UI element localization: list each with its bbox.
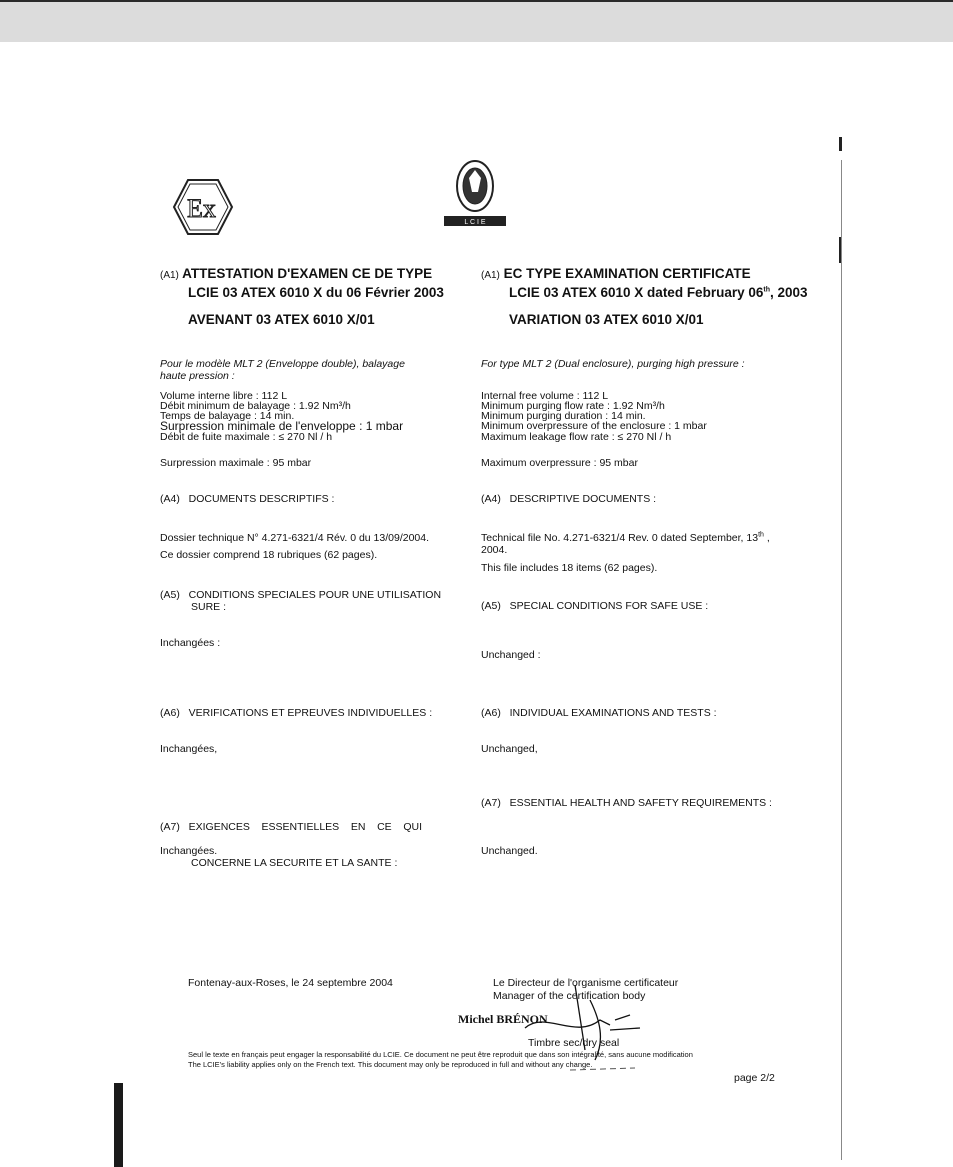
left-a5-text: Inchangées : [160,637,220,649]
right-specs-list: Internal free volume : 112 L Minimum pur… [481,391,707,443]
page-number: page 2/2 [734,1072,775,1084]
right-a5-text: Unchanged : [481,649,541,661]
section-title: EXIGENCES ESSENTIELLES EN CE QUI [189,821,422,833]
left-a6-text: Inchangées, [160,743,217,755]
section-title: SPECIAL CONDITIONS FOR SAFE USE : [510,600,709,612]
left-variation-title: AVENANT 03 ATEX 6010 X/01 [188,311,375,328]
page-edge-line [841,160,842,1160]
atex-ex-logo-icon: Ex [172,178,234,236]
section-title: VERIFICATIONS ET EPREUVES INDIVIDUELLES … [189,707,433,719]
left-a5-heading: (A5) CONDITIONS SPECIALES POUR UNE UTILI… [160,589,441,613]
left-a1-heading: (A1) ATTESTATION D'EXAMEN CE DE TYPE LCI… [160,265,444,301]
a4-text-post: , [764,532,770,544]
left-specs-list: Volume interne libre : 112 L Débit minim… [160,391,403,443]
top-toolbar-band [0,0,953,42]
left-a4-text1: Dossier technique N° 4.271-6321/4 Rév. 0… [160,532,429,544]
section-title: ESSENTIAL HEALTH AND SAFETY REQUIREMENTS… [510,797,772,809]
right-a6-text: Unchanged, [481,743,538,755]
section-title: DOCUMENTS DESCRIPTIFS : [189,493,335,505]
scan-edge-mark [839,137,842,151]
a4-text-line2: 2004. [481,544,770,556]
section-tag: (A1) [481,270,500,281]
right-a4-text1: Technical file No. 4.271-6321/4 Rev. 0 d… [481,532,770,556]
right-a6-heading: (A6) INDIVIDUAL EXAMINATIONS AND TESTS : [481,707,717,719]
section-tag: (A1) [160,270,179,281]
section-tag: (A6) [481,707,501,719]
ordinal-suffix: th [763,287,770,294]
left-intro-line1: Pour le modèle MLT 2 (Enveloppe double),… [160,358,405,370]
left-a4-text2: Ce dossier comprend 18 rubriques (62 pag… [160,549,377,561]
section-title: INDIVIDUAL EXAMINATIONS AND TESTS : [510,707,717,719]
left-a6-heading: (A6) VERIFICATIONS ET EPREUVES INDIVIDUE… [160,707,432,719]
left-cert-title: ATTESTATION D'EXAMEN CE DE TYPE [182,266,432,281]
section-title-cont: CONCERNE LA SECURITE ET LA SANTE : [160,857,422,869]
left-max-overpressure: Surpression maximale : 95 mbar [160,457,311,469]
left-a4-heading: (A4) DOCUMENTS DESCRIPTIFS : [160,493,334,505]
a4-text: Technical file No. 4.271-6321/4 Rev. 0 d… [481,532,758,544]
section-tag: (A7) [160,821,180,833]
svg-text:L C I E: L C I E [464,219,485,226]
section-tag: (A6) [160,707,180,719]
spec-item: Maximum leakage flow rate : ≤ 270 Nl / h [481,432,707,443]
cert-year: , 2003 [770,285,808,300]
cert-number-text: LCIE 03 ATEX 6010 X dated February 06 [509,285,763,300]
svg-text:Ex: Ex [187,194,216,223]
right-cert-number: LCIE 03 ATEX 6010 X dated February 06th,… [481,284,808,301]
lcie-bureau-veritas-logo-icon: L C I E [440,158,510,228]
right-a7-heading: (A7) ESSENTIAL HEALTH AND SAFETY REQUIRE… [481,797,772,809]
section-title: CONDITIONS SPECIALES POUR UNE UTILISATIO… [189,589,441,601]
right-a4-heading: (A4) DESCRIPTIVE DOCUMENTS : [481,493,656,505]
right-cert-title: EC TYPE EXAMINATION CERTIFICATE [504,266,751,281]
left-intro: Pour le modèle MLT 2 (Enveloppe double),… [160,358,405,382]
section-tag: (A4) [160,493,180,505]
spec-item: Débit de fuite maximale : ≤ 270 Nl / h [160,432,403,443]
section-tag: (A7) [481,797,501,809]
disclaimer-fr: Seul le texte en français peut engager l… [188,1050,693,1060]
disclaimer-en: The LCIE's liability applies only on the… [188,1060,592,1070]
right-a5-heading: (A5) SPECIAL CONDITIONS FOR SAFE USE : [481,600,708,612]
section-title-cont: SURE : [160,601,441,613]
left-a7-text: Inchangées. [160,845,217,857]
right-intro: For type MLT 2 (Dual enclosure), purging… [481,358,745,370]
section-tag: (A5) [481,600,501,612]
section-title: DESCRIPTIVE DOCUMENTS : [510,493,656,505]
scan-edge-bar [114,1083,123,1167]
place-date: Fontenay-aux-Roses, le 24 septembre 2004 [188,977,393,989]
right-variation-title: VARIATION 03 ATEX 6010 X/01 [509,311,704,328]
right-a7-text: Unchanged. [481,845,538,857]
section-tag: (A4) [481,493,501,505]
right-a4-text2: This file includes 18 items (62 pages). [481,562,657,574]
left-cert-number: LCIE 03 ATEX 6010 X du 06 Février 2003 [160,284,444,301]
section-tag: (A5) [160,589,180,601]
left-a7-heading: (A7) EXIGENCES ESSENTIELLES EN CE QUI CO… [160,797,422,881]
left-intro-line2: haute pression : [160,370,405,382]
right-a1-heading: (A1) EC TYPE EXAMINATION CERTIFICATE LCI… [481,265,808,301]
right-max-overpressure: Maximum overpressure : 95 mbar [481,457,638,469]
